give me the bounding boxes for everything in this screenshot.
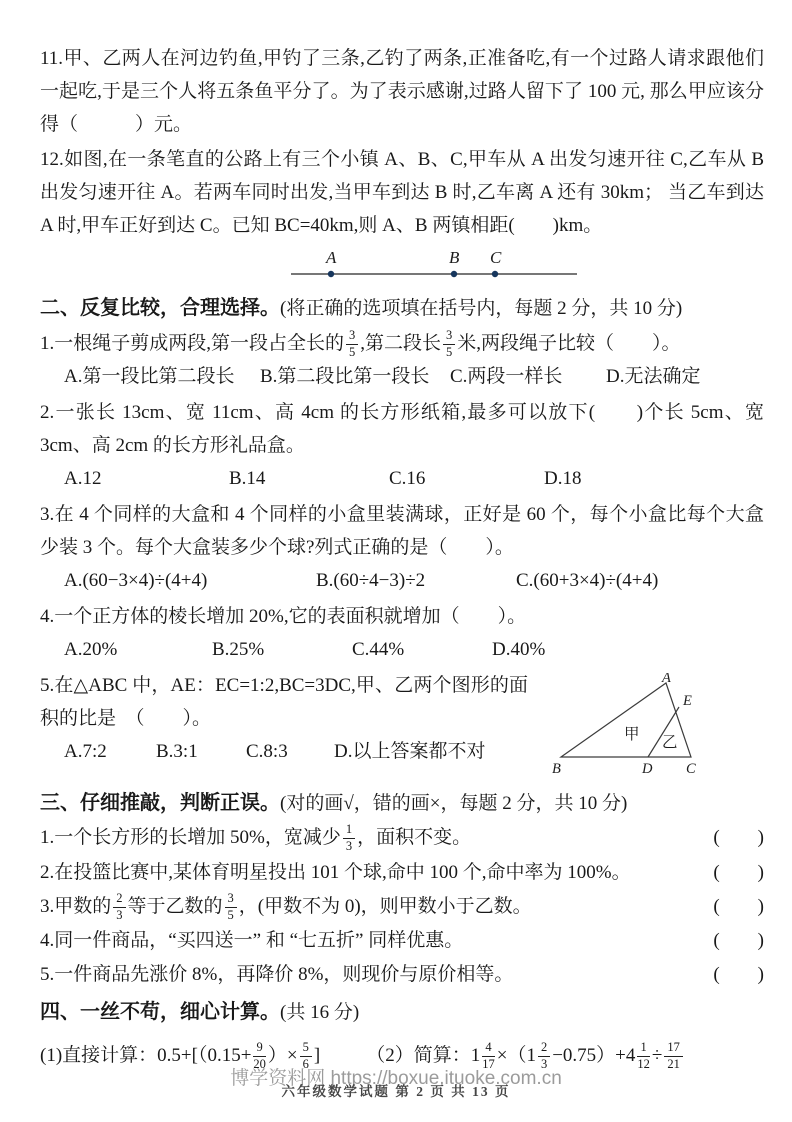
section-4-title: 四、一丝不苟，细心计算。 bbox=[40, 1001, 280, 1023]
fraction-denominator: 3 bbox=[343, 839, 355, 854]
s2-q3-options: A.(60−3×4)÷(4+4)B.(60÷4−3)÷2C.(60+3×4)÷(… bbox=[40, 566, 764, 596]
fraction-denominator: 3 bbox=[113, 908, 125, 923]
s2-question-2: 2.一张长 13cm、宽 11cm、高 4cm 的长方形纸箱,最多可以放下( )… bbox=[40, 396, 764, 462]
option-d: D.以上答案都不对 bbox=[334, 737, 485, 767]
fraction-numerator: 4 bbox=[482, 1041, 495, 1057]
point-a-label: A bbox=[325, 248, 337, 267]
s2-q2-options: A.12B.14C.16D.18 bbox=[40, 464, 764, 494]
point-d-label: D bbox=[641, 761, 653, 777]
section-4-heading: 四、一丝不苟，细心计算。(共 16 分) bbox=[40, 998, 764, 1027]
judge-row-3: 3.甲数的23等于乙数的35，(甲数不为 0)，则甲数小于乙数。 ( ) bbox=[40, 891, 764, 923]
option-b: B.3:1 bbox=[156, 737, 246, 767]
triangle-svg: A E B D C 甲 乙 bbox=[536, 673, 764, 783]
option-a: A.12 bbox=[64, 464, 229, 494]
fraction-numerator: 1 bbox=[343, 823, 355, 839]
point-c-dot bbox=[492, 271, 498, 277]
fraction-2-3: 23 bbox=[113, 892, 125, 923]
judge-1-post: ，面积不变。 bbox=[357, 827, 471, 848]
judge-2-text: 2.在投篮比赛中,某体育明星投出 101 个球,命中 100 个,命中率为 10… bbox=[40, 857, 631, 888]
s2-q1-mid: ,第二段长 bbox=[360, 333, 441, 354]
option-d: D.18 bbox=[544, 464, 581, 494]
fraction-numerator: 3 bbox=[443, 329, 455, 345]
section-2-title: 二、反复比较，合理选择。 bbox=[40, 297, 280, 319]
option-b: B.14 bbox=[229, 464, 389, 494]
exam-page: 11.甲、乙两人在河边钓鱼,甲钓了三条,乙钓了两条,正准备吃,有一个过路人请求跟… bbox=[0, 0, 792, 1122]
judge-1-text: 1.一个长方形的长增加 50%，宽减少13，面积不变。 bbox=[40, 822, 471, 854]
judge-row-2: 2.在投篮比赛中,某体育明星投出 101 个球,命中 100 个,命中率为 10… bbox=[40, 857, 764, 888]
fraction-numerator: 3 bbox=[346, 329, 358, 345]
vertex-a-label: A bbox=[661, 673, 671, 686]
region-yi-label: 乙 bbox=[662, 734, 678, 751]
question-11: 11.甲、乙两人在河边钓鱼,甲钓了三条,乙钓了两条,正准备吃,有一个过路人请求跟… bbox=[40, 42, 764, 141]
page-number-footer: 六年级数学试题 第 2 页 共 13 页 bbox=[0, 1080, 792, 1100]
fraction-numerator: 2 bbox=[113, 892, 125, 908]
option-b: B.(60÷4−3)÷2 bbox=[316, 566, 516, 596]
s2-q1-options: A.第一段比第二段长B.第二段比第一段长C.两段一样长D.无法确定 bbox=[40, 362, 764, 392]
section-4-note: (共 16 分) bbox=[280, 1002, 359, 1023]
triangle-diagram: A E B D C 甲 乙 bbox=[536, 673, 764, 789]
road-line-diagram: A B C bbox=[285, 246, 764, 286]
fraction-numerator: 9 bbox=[253, 1041, 266, 1057]
option-b: B.第二段比第一段长 bbox=[260, 362, 450, 392]
option-a: A.7:2 bbox=[64, 737, 156, 767]
judge-3-pre: 3.甲数的 bbox=[40, 896, 111, 917]
judge-2-answer-paren: ( ) bbox=[713, 857, 764, 888]
option-a: A.20% bbox=[64, 635, 212, 665]
fraction-denominator: 5 bbox=[443, 345, 455, 360]
judge-3-mid: 等于乙数的 bbox=[128, 896, 223, 917]
point-c-label: C bbox=[490, 248, 502, 267]
fraction-1-3: 13 bbox=[343, 823, 355, 854]
option-c: C.8:3 bbox=[246, 737, 334, 767]
section-3-title: 三、仔细推敲，判断正误。 bbox=[40, 792, 280, 814]
s2-question-4: 4.一个正方体的棱长增加 20%,它的表面积就增加（ ）。 bbox=[40, 600, 764, 633]
fraction-denominator: 5 bbox=[225, 908, 237, 923]
section-2-note: (将正确的选项填在括号内，每题 2 分，共 10 分) bbox=[280, 298, 682, 319]
judge-row-5: 5.一件商品先涨价 8%，再降价 8%，则现价与原价相等。 ( ) bbox=[40, 959, 764, 990]
option-a: A.第一段比第二段长 bbox=[64, 362, 260, 392]
option-c: C.16 bbox=[389, 464, 544, 494]
point-b-label: B bbox=[449, 248, 460, 267]
road-line-svg: A B C bbox=[285, 246, 585, 286]
fraction-3-5: 35 bbox=[443, 329, 455, 360]
fraction-numerator: 2 bbox=[538, 1041, 550, 1057]
fraction-numerator: 5 bbox=[300, 1041, 312, 1057]
s2-question-3: 3.在 4 个同样的大盒和 4 个同样的小盒里装满球，正好是 60 个，每个小盒… bbox=[40, 498, 764, 564]
section-3-note: (对的画√，错的画×，每题 2 分，共 10 分) bbox=[280, 793, 627, 814]
option-c: C.44% bbox=[352, 635, 492, 665]
judge-3-answer-paren: ( ) bbox=[713, 891, 764, 922]
judge-4-answer-paren: ( ) bbox=[713, 925, 764, 956]
judge-4-text: 4.同一件商品，“买四送一” 和 “七五折” 同样优惠。 bbox=[40, 925, 463, 956]
judge-3-text: 3.甲数的23等于乙数的35，(甲数不为 0)，则甲数小于乙数。 bbox=[40, 891, 532, 923]
option-d: D.40% bbox=[492, 635, 545, 665]
section-3-heading: 三、仔细推敲，判断正误。(对的画√，错的画×，每题 2 分，共 10 分) bbox=[40, 789, 764, 818]
option-d: D.无法确定 bbox=[606, 362, 700, 392]
exam-content: 11.甲、乙两人在河边钓鱼,甲钓了三条,乙钓了两条,正准备吃,有一个过路人请求跟… bbox=[0, 0, 792, 1077]
s2-q4-options: A.20%B.25%C.44%D.40% bbox=[40, 635, 764, 665]
fraction-3-5: 35 bbox=[346, 329, 358, 360]
fraction-numerator: 17 bbox=[664, 1041, 683, 1057]
option-a: A.(60−3×4)÷(4+4) bbox=[64, 566, 316, 596]
vertex-b-label: B bbox=[552, 761, 561, 777]
judge-5-answer-paren: ( ) bbox=[713, 959, 764, 990]
fraction-3-5: 35 bbox=[225, 892, 237, 923]
section-2-heading: 二、反复比较，合理选择。(将正确的选项填在括号内，每题 2 分，共 10 分) bbox=[40, 294, 764, 323]
question-12: 12.如图,在一条笔直的公路上有三个小镇 A、B、C,甲车从 A 出发匀速开往 … bbox=[40, 143, 764, 242]
judge-row-4: 4.同一件商品，“买四送一” 和 “七五折” 同样优惠。 ( ) bbox=[40, 925, 764, 956]
s2-q1-pre: 1.一根绳子剪成两段,第一段占全长的 bbox=[40, 333, 344, 354]
judge-1-answer-paren: ( ) bbox=[713, 822, 764, 853]
point-a-dot bbox=[328, 271, 334, 277]
option-c: C.(60+3×4)÷(4+4) bbox=[516, 566, 658, 596]
fraction-numerator: 3 bbox=[225, 892, 237, 908]
judge-5-text: 5.一件商品先涨价 8%，再降价 8%，则现价与原价相等。 bbox=[40, 959, 513, 990]
judge-1-pre: 1.一个长方形的长增加 50%，宽减少 bbox=[40, 827, 341, 848]
option-b: B.25% bbox=[212, 635, 352, 665]
point-e-label: E bbox=[682, 693, 692, 709]
fraction-denominator: 5 bbox=[346, 345, 358, 360]
s2-q1-post: 米,两段绳子比较（ ）。 bbox=[457, 333, 680, 354]
region-jia-label: 甲 bbox=[624, 725, 640, 743]
vertex-c-label: C bbox=[686, 761, 696, 777]
s2-question-1: 1.一根绳子剪成两段,第一段占全长的35,第二段长35米,两段绳子比较（ ）。 bbox=[40, 327, 764, 360]
judge-3-post: ，(甲数不为 0)，则甲数小于乙数。 bbox=[239, 896, 532, 917]
judge-row-1: 1.一个长方形的长增加 50%，宽减少13，面积不变。 ( ) bbox=[40, 822, 764, 854]
fraction-numerator: 1 bbox=[637, 1041, 650, 1057]
point-b-dot bbox=[451, 271, 457, 277]
option-c: C.两段一样长 bbox=[450, 362, 606, 392]
